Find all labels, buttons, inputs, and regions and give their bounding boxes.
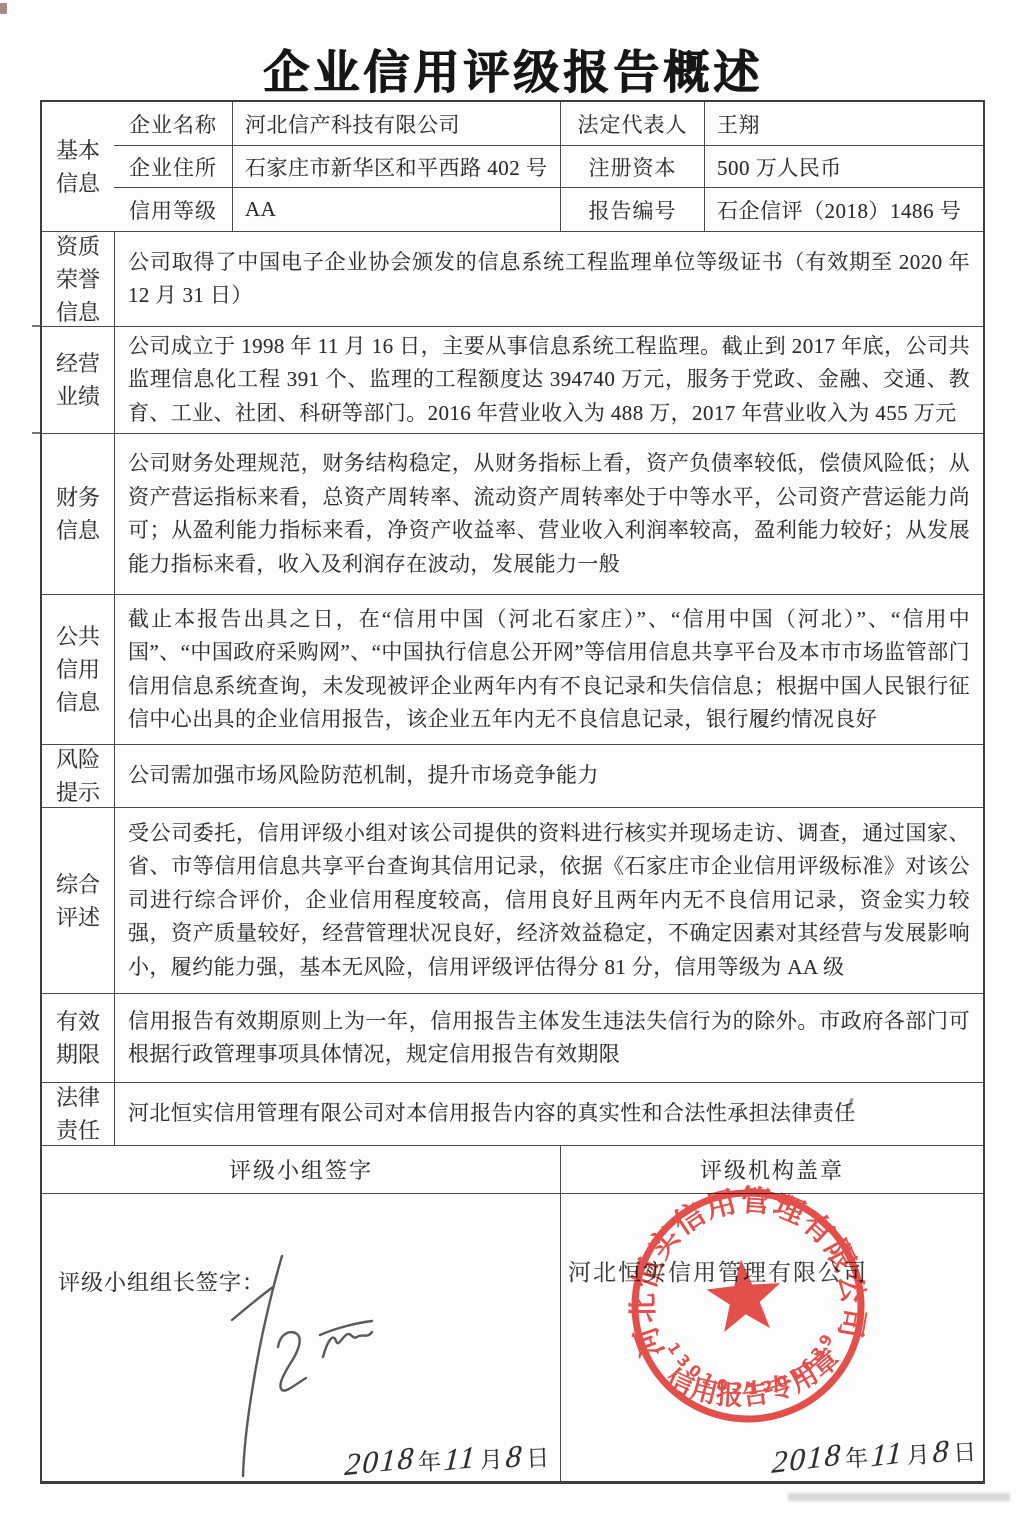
table-row: 信用等级 AA 报告编号 石企信评（2018）1486 号 xyxy=(114,187,983,231)
rating-team-signature-cell: 评级小组组长签字： 2018年11月8日 xyxy=(42,1194,560,1481)
rating-team-signature-header: 评级小组签字 xyxy=(42,1146,560,1193)
basic-info-rows: 企业名称 河北信产科技有限公司 法定代表人 王翔 企业住所 石家庄市新华区和平西… xyxy=(114,102,983,231)
table-row: 企业住所 石家庄市新华区和平西路 402 号 注册资本 500 万人民币 xyxy=(114,145,983,187)
section-content: 截止本报告出具之日，在“信用中国（河北石家庄）”、“信用中国（河北）”、“信用中… xyxy=(128,603,970,737)
field-value-company-name: 河北信产科技有限公司 xyxy=(232,102,560,145)
basic-info-section-label: 基本信息 xyxy=(42,102,114,231)
date-day: 8 xyxy=(931,1432,951,1470)
section-label: 法律责任 xyxy=(54,1081,102,1147)
field-label-company-name: 企业名称 xyxy=(114,102,232,145)
page-title: 企业信用评级报告概述 xyxy=(0,36,1026,102)
handwritten-date-left: 2018年11月8日 xyxy=(344,1437,552,1480)
table-row: 企业名称 河北信产科技有限公司 法定代表人 王翔 xyxy=(114,102,983,145)
section-risk-warning: 风险提示 公司需加强市场风险防范机制，提升市场竞争能力 xyxy=(42,744,983,807)
scan-edge-tick xyxy=(32,325,40,327)
section-public-credit-info: 公共信用信息 截止本报告出具之日，在“信用中国（河北石家庄）”、“信用中国（河北… xyxy=(42,594,983,744)
company-seal: 河北恒实信用管理有限公司 信用报告专用章 1301021201639 xyxy=(616,1174,880,1438)
section-validity-period: 有效期限 信用报告有效期原则上为一年，信用报告主体发生违法失信行为的除外。市政府… xyxy=(42,993,983,1082)
field-value-legal-rep: 王翔 xyxy=(704,102,983,145)
basic-info-block: 基本信息 企业名称 河北信产科技有限公司 法定代表人 王翔 企业住所 石家庄市新… xyxy=(42,102,983,231)
field-label-address: 企业住所 xyxy=(114,146,232,187)
field-label-credit-grade: 信用等级 xyxy=(114,188,232,231)
section-content: 公司需加强市场风险防范机制，提升市场竞争能力 xyxy=(128,759,970,793)
field-value-address: 石家庄市新华区和平西路 402 号 xyxy=(232,146,560,187)
section-qualification-honor: 资质荣誉信息 公司取得了中国电子企业协会颁发的信息系统工程监理单位等级证书（有效… xyxy=(42,231,983,326)
date-month: 11 xyxy=(870,1434,905,1474)
date-month: 11 xyxy=(442,1439,477,1478)
section-content: 信用报告有效期原则上为一年，信用报告主体发生违法失信行为的除外。市政府各部门可根… xyxy=(128,1005,970,1072)
section-content: 公司财务处理规范，财务结构稳定，从财务指标上看，资产负债率较低，偿债风险低；从资… xyxy=(128,447,970,581)
section-label: 风险提示 xyxy=(54,743,102,809)
scan-speck xyxy=(0,3,7,14)
section-content: 受公司委托，信用评级小组对该公司提供的资料进行核实并现场走访、调查，通过国家、省… xyxy=(128,817,970,985)
field-label-registered-capital: 注册资本 xyxy=(560,146,704,187)
section-content: 公司成立于 1998 年 11 月 16 日，主要从事信息系统工程监理。截止到 … xyxy=(128,330,970,431)
section-label: 综合评述 xyxy=(54,868,102,934)
date-year: 2018 xyxy=(771,1436,843,1481)
section-content: 河北恒实信用管理有限公司对本信用报告内容的真实性和合法性承担法律责任 xyxy=(128,1097,970,1131)
handwritten-date-right: 2018年11月8日 xyxy=(771,1432,980,1479)
section-content: 公司取得了中国电子企业协会颁发的信息系统工程监理单位等级证书（有效期至 2020… xyxy=(128,246,970,313)
section-label: 资质荣誉信息 xyxy=(54,230,102,329)
section-label: 公共信用信息 xyxy=(54,620,102,719)
field-label-report-number: 报告编号 xyxy=(560,188,704,231)
field-value-credit-grade: AA xyxy=(232,188,560,231)
section-financial-info: 财务信息 公司财务处理规范，财务结构稳定，从财务指标上看，资产负债率较低，偿债风… xyxy=(42,433,983,594)
scanned-credit-report-page: { "page": { "title": "企业信用评级报告概述" }, "ba… xyxy=(0,0,1026,1516)
section-business-performance: 经营业绩 公司成立于 1998 年 11 月 16 日，主要从事信息系统工程监理… xyxy=(42,326,983,433)
section-label: 经营业绩 xyxy=(54,347,102,413)
field-label-legal-rep: 法定代表人 xyxy=(560,102,704,145)
section-legal-liability: 法律责任 河北恒实信用管理有限公司对本信用报告内容的真实性和合法性承担法律责任 xyxy=(42,1082,983,1145)
section-label: 有效期限 xyxy=(54,1005,102,1071)
date-day: 8 xyxy=(504,1438,524,1476)
section-comprehensive-review: 综合评述 受公司委托，信用评级小组对该公司提供的资料进行核实并现场走访、调查，通… xyxy=(42,807,983,993)
seal-star-icon xyxy=(704,1256,784,1333)
field-value-registered-capital: 500 万人民币 xyxy=(704,146,983,187)
field-value-report-number: 石企信评（2018）1486 号 xyxy=(704,188,983,231)
section-label: 财务信息 xyxy=(54,481,102,547)
scan-edge-tick xyxy=(32,432,40,434)
scan-shadow xyxy=(788,1493,1010,1501)
date-year: 2018 xyxy=(343,1440,416,1483)
